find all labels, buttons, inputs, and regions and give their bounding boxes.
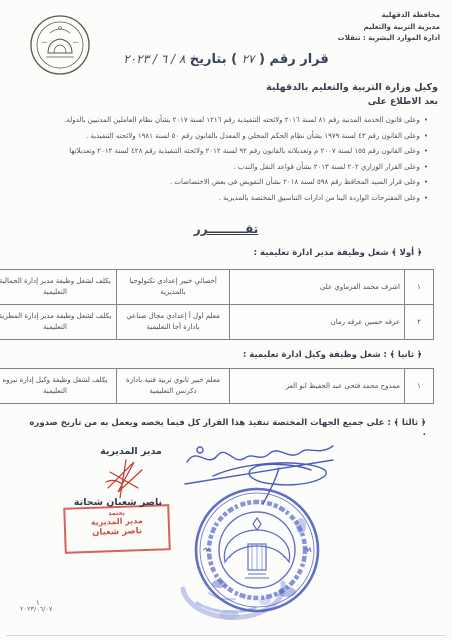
row-name: ممدوح محمد فتحى عبد الحفيظ ابو العز [230, 369, 405, 404]
whereas-item-3: وعلى القانون رقم ١٥٥ لسنة ٢٠٠٧ م وتعديلا… [10, 144, 428, 160]
letterhead: محافظة الدقهلية مديرية التربية والتعليم … [338, 10, 440, 45]
decree-title: قرار رقم ( ٢٧ ) بتاريخ ٨ / ٦ / ٢٠٢٣ [0, 52, 452, 67]
whereas-item-2: وعلى القانون رقم ٤٣ لسنة ١٩٧٩ بشأن نظام … [10, 129, 428, 145]
row-assignment: يكلف لشغل وظيفة مدير إدارة الجمالية التع… [0, 270, 117, 305]
issuing-authority: وكيل وزارة التربية والتعليم بالدقهلية [266, 82, 438, 93]
decree-title-prefix: قرار رقم ( [259, 52, 329, 67]
document-page: محافظة الدقهلية مديرية التربية والتعليم … [0, 0, 452, 640]
letterhead-governorate: محافظة الدقهلية [338, 10, 440, 22]
approval-stamp-line3: ناصر شعبان [66, 525, 168, 539]
section-second-heading: ﴿ ثانيا ﴾ : شغل وظيفة وكيل ادارة تعليمية… [243, 349, 422, 360]
preamble-heading: بعد الاطلاع على [368, 97, 438, 107]
decree-date: ٨ / ٦ / ٢٠٢٣ [123, 52, 185, 66]
whereas-item-5: وعلى قرار السيد المحافظ رقم ٥٩٨ لسنة ٢٠١… [10, 175, 428, 191]
row-current-position: معلم خبير ثانوي تربية فنية بادارة دكرنس … [117, 369, 230, 404]
first-appointments-table: ١ اشرف محمد الفرماوي على أخصائي خبير إعد… [0, 269, 434, 340]
row-name: اشرف محمد الفرماوي على [230, 270, 405, 305]
official-round-stamp [191, 484, 323, 616]
footer-date: ٢٠٢٣/٠٦/٠٧ [20, 605, 52, 613]
row-name: عرفه حسين عرفه رمان [230, 305, 405, 340]
whereas-item-4: وعلى القرار الوزاري ٢٠٢ لسنة ٢٠١٣ بشأن ق… [10, 160, 428, 176]
letterhead-directorate: مديرية التربية والتعليم [338, 22, 440, 34]
row-serial: ١ [405, 369, 434, 404]
row-current-position: أخصائي خبير إعدادي تكنولوجيا بالمديرية [117, 270, 230, 305]
row-current-position: معلم اول أ إعدادي مجال صناعي بادارة أجا … [117, 305, 230, 340]
row-assignment: يكلف لشغل وظيفة وكيل إدارة نبروه التعليم… [0, 369, 117, 404]
section-first-heading: ﴿ أولا ﴾ شغل وظيفة مدير ادارة تعليمية : [254, 247, 422, 258]
decree-heading: تقـــــــــرر [0, 222, 452, 236]
governorate-seal-logo [28, 13, 92, 77]
bottom-divider [6, 635, 446, 636]
decree-title-middle: ) بتاريخ [190, 52, 237, 67]
letterhead-department: ادارة الموارد البشرية : تنقلات [338, 33, 440, 45]
decree-number: ٢٧ [242, 52, 255, 66]
whereas-item-6: وعلى المقترحات الواردة الينا من ادارات ا… [10, 191, 428, 207]
whereas-list: وعلى قانون الخدمة المدنية رقم ٨١ لسنة ٢٠… [10, 113, 428, 206]
table-row: ٢ عرفه حسين عرفه رمان معلم اول أ إعدادي … [0, 305, 434, 340]
whereas-item-1: وعلى قانون الخدمة المدنية رقم ٨١ لسنة ٢٠… [10, 113, 428, 129]
second-appointments-table: ١ ممدوح محمد فتحى عبد الحفيظ ابو العز مع… [0, 368, 434, 404]
row-serial: ٢ [405, 305, 434, 340]
signatory-name: ناصر شعبان شحاتة [60, 497, 176, 508]
row-assignment: يكلف لشغل وظيفة مدير إدارة المطرية التعل… [0, 305, 117, 340]
table-row: ١ اشرف محمد الفرماوي على أخصائي خبير إعد… [0, 270, 434, 305]
approval-stamp-red: يعتمد مدير المديرية ناصر شعبان [63, 504, 171, 554]
table-row: ١ ممدوح محمد فتحى عبد الحفيظ ابو العز مع… [0, 369, 434, 404]
row-serial: ١ [405, 270, 434, 305]
